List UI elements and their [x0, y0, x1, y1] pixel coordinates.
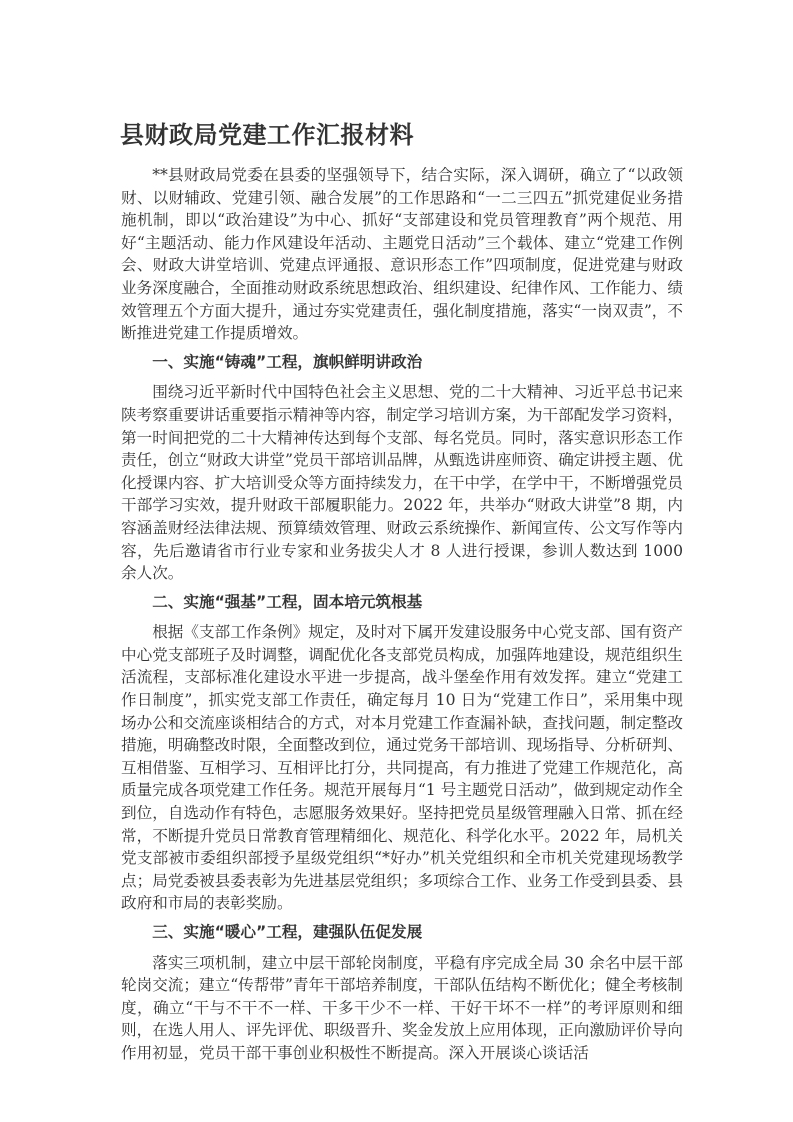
section-heading: 一、实施“铸魂”工程，旗帜鲜明讲政治 [121, 351, 683, 374]
section-3: 三、实施“暖心”工程，建强队伍促发展 落实三项机制，建立中层干部轮岗制度，平稳有… [121, 921, 683, 1065]
section-body: 围绕习近平新时代中国特色社会主义思想、党的二十大精神、习近平总书记来陕考察重要讲… [121, 381, 683, 584]
document-page: 县财政局党建工作汇报材料 **县财政局党委在县委的坚强领导下，结合实际，深入调研… [121, 118, 683, 1065]
section-heading: 三、实施“暖心”工程，建强队伍促发展 [121, 921, 683, 944]
section-heading: 二、实施“强基”工程，固本培元筑根基 [121, 591, 683, 614]
intro-paragraph: **县财政局党委在县委的坚强领导下，结合实际，深入调研，确立了“以政领财、以财辅… [121, 164, 683, 345]
document-title: 县财政局党建工作汇报材料 [120, 118, 683, 152]
section-1: 一、实施“铸魂”工程，旗帜鲜明讲政治 围绕习近平新时代中国特色社会主义思想、党的… [121, 351, 683, 585]
section-body: 根据《支部工作条例》规定，及时对下属开发建设服务中心党支部、国有资产中心党支部班… [121, 621, 683, 915]
section-body: 落实三项机制，建立中层干部轮岗制度，平稳有序完成全局 30 余名中层干部轮岗交流… [121, 952, 683, 1065]
section-2: 二、实施“强基”工程，固本培元筑根基 根据《支部工作条例》规定，及时对下属开发建… [121, 591, 683, 915]
